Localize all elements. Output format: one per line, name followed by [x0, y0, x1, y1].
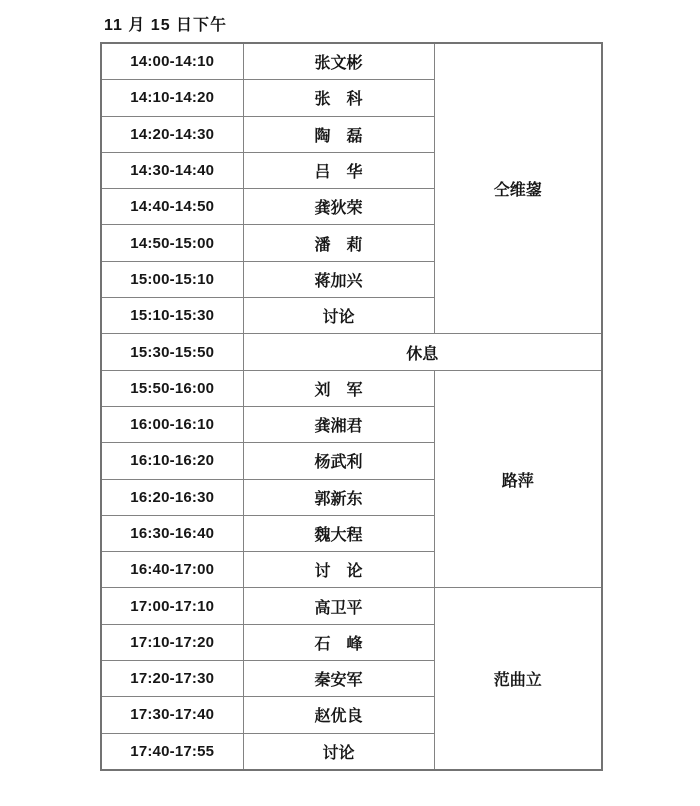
time-cell: 16:30-16:40: [101, 515, 243, 551]
speaker-cell: 吕 华: [243, 152, 434, 188]
table-row-break: 15:30-15:50 休息: [101, 334, 602, 370]
table-row: 15:50-16:00 刘 军 路萍: [101, 370, 602, 406]
schedule-table: 14:00-14:10 张文彬 仝维鋆 14:10-14:20 张 科 14:2…: [100, 42, 603, 771]
time-cell: 15:30-15:50: [101, 334, 243, 370]
time-cell: 15:10-15:30: [101, 298, 243, 334]
speaker-cell: 秦安军: [243, 661, 434, 697]
speaker-cell: 高卫平: [243, 588, 434, 624]
speaker-cell: 张 科: [243, 80, 434, 116]
speaker-cell: 杨武利: [243, 443, 434, 479]
speaker-cell: 潘 莉: [243, 225, 434, 261]
time-cell: 16:20-16:30: [101, 479, 243, 515]
speaker-cell: 赵优良: [243, 697, 434, 733]
time-cell: 14:30-14:40: [101, 152, 243, 188]
time-cell: 17:10-17:20: [101, 624, 243, 660]
table-row: 14:00-14:10 张文彬 仝维鋆: [101, 43, 602, 80]
speaker-cell: 郭新东: [243, 479, 434, 515]
speaker-cell: 蒋加兴: [243, 261, 434, 297]
time-cell: 16:00-16:10: [101, 406, 243, 442]
break-cell: 休息: [243, 334, 602, 370]
time-cell: 14:50-15:00: [101, 225, 243, 261]
time-cell: 14:40-14:50: [101, 189, 243, 225]
chair-cell: 范曲立: [434, 588, 602, 770]
speaker-cell: 魏大程: [243, 515, 434, 551]
time-cell: 16:40-17:00: [101, 552, 243, 588]
speaker-cell: 刘 军: [243, 370, 434, 406]
time-cell: 17:40-17:55: [101, 733, 243, 770]
speaker-cell: 讨论: [243, 298, 434, 334]
chair-cell: 仝维鋆: [434, 43, 602, 334]
time-cell: 16:10-16:20: [101, 443, 243, 479]
time-cell: 17:30-17:40: [101, 697, 243, 733]
chair-cell: 路萍: [434, 370, 602, 588]
time-cell: 14:00-14:10: [101, 43, 243, 80]
document-page: 11 月 15 日下午 14:00-14:10 张文彬 仝维鋆 14:10-14…: [0, 0, 700, 806]
speaker-cell: 讨论: [243, 733, 434, 770]
time-cell: 14:20-14:30: [101, 116, 243, 152]
time-cell: 14:10-14:20: [101, 80, 243, 116]
speaker-cell: 讨 论: [243, 552, 434, 588]
table-row: 17:00-17:10 高卫平 范曲立: [101, 588, 602, 624]
speaker-cell: 石 峰: [243, 624, 434, 660]
speaker-cell: 陶 磊: [243, 116, 434, 152]
speaker-cell: 张文彬: [243, 43, 434, 80]
doc-title: 11 月 15 日下午: [104, 12, 227, 35]
time-cell: 15:50-16:00: [101, 370, 243, 406]
speaker-cell: 龚狄荣: [243, 189, 434, 225]
time-cell: 17:00-17:10: [101, 588, 243, 624]
speaker-cell: 龚湘君: [243, 406, 434, 442]
time-cell: 17:20-17:30: [101, 661, 243, 697]
time-cell: 15:00-15:10: [101, 261, 243, 297]
